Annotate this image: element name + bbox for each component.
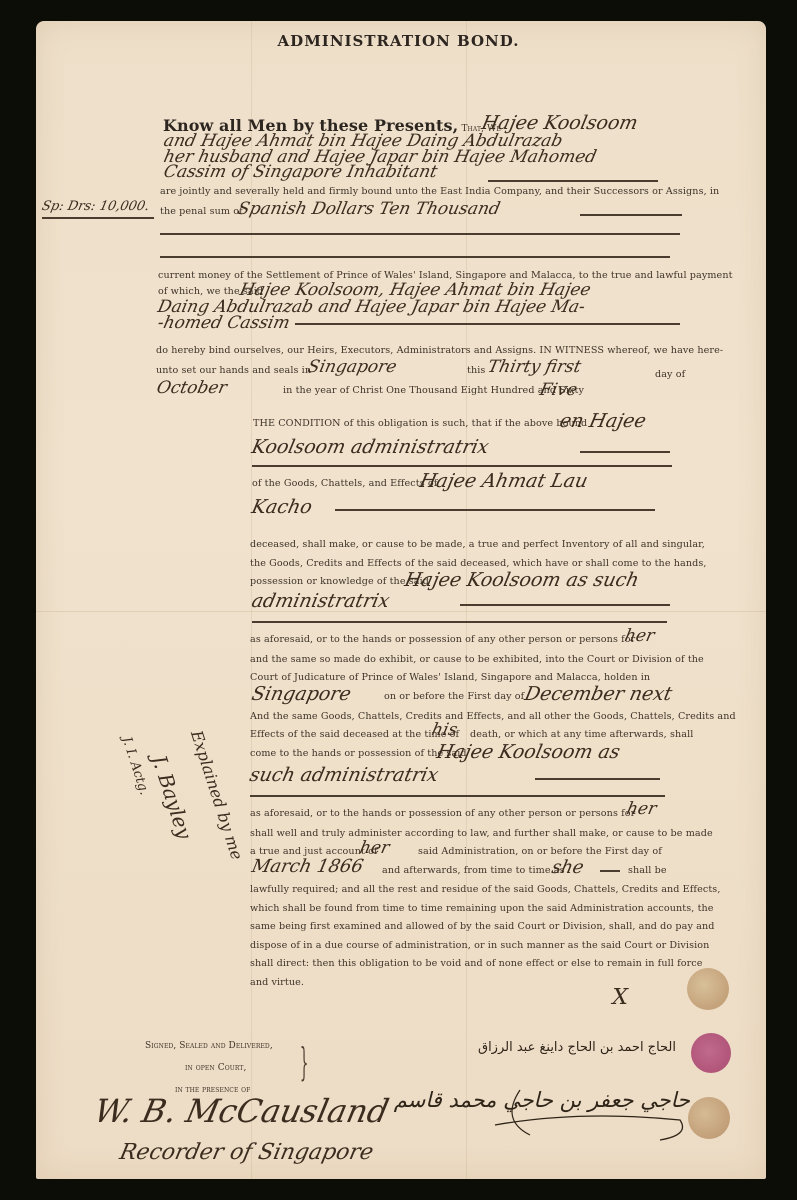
in-open-court: in open Court, [185,1063,246,1073]
said-2a: Hajee Koolsoom as [435,741,622,763]
condition-c6: as aforesaid, or to the hands or possess… [250,634,635,645]
condition-c9: on or before the First day of [384,691,524,702]
rule [295,323,680,325]
bound-1: en Hajee [558,410,648,432]
wax-seal-3 [688,1097,730,1139]
condition-c8: Court of Judicature of Prince of Wales' … [250,672,650,683]
rule [488,180,658,182]
condition-c2: of the Goods, Chattels, and Effects of [252,478,437,489]
text-l5: do hereby bind ourselves, our Heirs, Exe… [156,345,723,356]
first-day-of: December next [523,683,674,705]
place: Singapore [306,357,399,377]
condition-c13: as aforesaid, or to the hands or possess… [250,808,635,819]
penal-sum: Spanish Dollars Ten Thousand [236,199,502,219]
margin-sum: Sp: Drs: 10,000. [40,199,150,214]
account-of: her [358,838,391,858]
deceased-1: Hajee Ahmat Lau [418,470,590,492]
condition-c17: lawfully required; and all the rest and … [250,884,720,895]
condition-c19: same being first examined and allowed of… [250,921,715,932]
day: Thirty first [486,357,583,377]
rule [252,465,672,467]
rule [160,256,670,258]
rule [250,795,665,797]
text-l2: the penal sum of [160,206,243,217]
rule [580,214,682,216]
month: October [155,378,229,398]
bound-2: Koolsoom administratrix [250,436,491,458]
condition-c5: possession or knowledge of the said [250,576,429,587]
rule [160,233,680,235]
condition-c18: which shall be found from time to time r… [250,903,714,914]
rule [335,509,655,511]
signed-sealed-delivered: Signed, Sealed and Delivered, [145,1041,273,1051]
knowledge-2: administratrix [250,590,392,612]
brace-icon: } [300,1040,308,1084]
rule [252,621,667,623]
condition-c16: and afterwards, from time to time as [382,865,565,876]
condition-c14: shall well and truly administer accordin… [250,828,713,839]
condition-c7: and the same so made do exhibit, or caus… [250,654,704,665]
obligor-line-4: Cassim of Singapore Inhabitant [162,162,439,182]
text-l6c: day of [655,369,685,380]
condition-c15b: said Administration, on or before the Fi… [418,846,662,857]
condition-c4: the Goods, Credits and Effects of the sa… [250,558,707,569]
for-2: her [625,799,658,819]
for-1: her [623,626,656,646]
condition-c3: deceased, shall make, or cause to be mad… [250,539,705,550]
wax-seal-2 [691,1033,731,1073]
arabic-line: الحاج احمد بن الحاج داينغ عبد الرزاق [496,1040,676,1055]
fold-line [36,611,766,612]
condition-c16b: shall be [628,865,667,876]
text-l6b: this [467,365,485,376]
rule [460,604,670,606]
holden-in: Singapore [250,683,353,705]
rule [580,451,670,453]
knowledge-1: Hajee Koolsoom as such [403,569,641,591]
condition-c1: THE CONDITION of this obligation is such… [253,418,587,429]
document-title: ADMINISTRATION BOND. [0,32,797,50]
said-2b: such administratrix [248,764,441,786]
time-of: his [430,720,459,740]
signature-flourish-icon [490,1080,700,1150]
condition-c11: Effects of the said deceased at the time… [250,729,459,740]
condition-c21: shall direct: then this obligation to be… [250,958,703,969]
deceased-2: Kacho [250,496,315,518]
wax-seal-1 [687,968,729,1010]
condition-c12: come to the hands or possession of the s… [250,748,467,759]
march: March 1866 [250,856,365,877]
year: Five [538,380,579,400]
witness-signature: W. B. McCausland [91,1092,392,1130]
witness-title: Recorder of Singapore [117,1140,375,1165]
condition-c20: dispose of in a due course of administra… [250,940,709,951]
condition-c22: and virtue. [250,977,304,988]
rule [42,217,154,219]
rule [600,870,620,872]
condition-c11b: death, or which at any time afterwards, … [470,729,693,740]
text-l6: unto set our hands and seals in [156,365,311,376]
text-l1: are jointly and severally held and firml… [160,186,719,197]
as-she: she [550,857,586,878]
rule [535,778,660,780]
said-names-3: -homed Cassim [156,313,292,333]
condition-c10: And the same Goods, Chattels, Credits an… [250,711,736,722]
